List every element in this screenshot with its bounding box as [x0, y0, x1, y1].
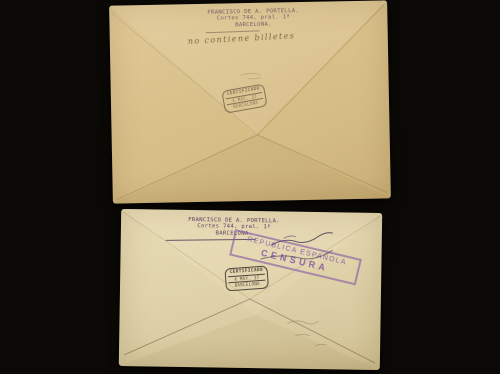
typed-address: FRANCISCO DE A. PORTELLA. Cortes 744, pr…: [173, 7, 333, 29]
auction-photo-background: FRANCISCO DE A. PORTELLA. Cortes 744, pr…: [0, 0, 500, 374]
manuscript-note: no contiene billetes: [188, 31, 296, 46]
envelope-top: FRANCISCO DE A. PORTELLA. Cortes 744, pr…: [109, 0, 391, 203]
registration-postmark: CERTIFICADO 4 MAY. 37 BARCELONA: [224, 265, 269, 291]
envelope-bottom: FRANCISCO DE A. PORTELLA. Cortes 744, pr…: [119, 209, 382, 370]
paper-smudges: [287, 321, 327, 347]
faint-pencil-marks: [240, 73, 261, 79]
registration-postmark: CERTIFICADO 4 MAY. 37 BARCELONA: [221, 83, 268, 113]
